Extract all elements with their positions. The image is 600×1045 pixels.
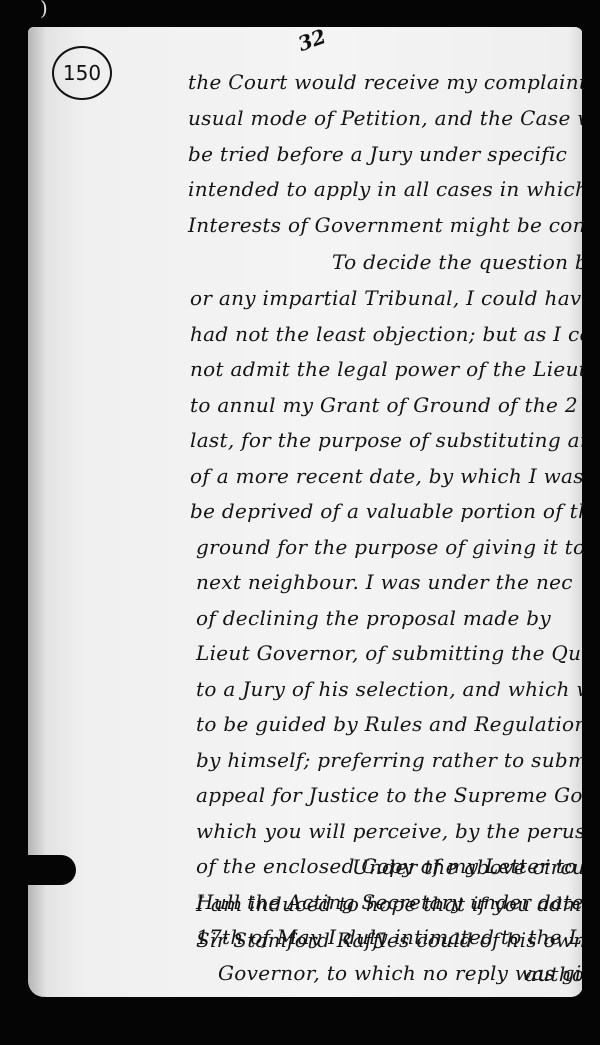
text-line: of declining the proposal made by	[196, 606, 551, 630]
text-line: had not the least objection; but as I co…	[190, 322, 600, 346]
text-line: Under the above circum	[352, 855, 600, 879]
text-line: be tried before a Jury under specific	[188, 142, 567, 166]
text-line: usual mode of Petition, and the Case w	[188, 106, 595, 130]
handwritten-text: the Court would receive my complaints by…	[0, 0, 600, 1045]
text-line: I am induced to hope that if you admit	[196, 892, 597, 916]
text-line: to a Jury of his selection, and which w	[196, 677, 594, 701]
text-line: To decide the question by a	[332, 250, 600, 274]
text-line: intended to apply in all cases in which	[188, 177, 588, 201]
text-line: of a more recent date, by which I was	[190, 464, 584, 488]
text-line: ground for the purpose of giving it to	[196, 535, 585, 559]
scan-border	[582, 0, 600, 1045]
text-line: the Court would receive my complaints by	[188, 70, 600, 94]
text-line: last, for the purpose of substituting an…	[190, 428, 600, 452]
text-line: or any impartial Tribunal, I could have	[190, 286, 594, 310]
text-line: Lieut Governor, of submitting the Quest	[196, 641, 600, 665]
text-line: be deprived of a valuable portion of the…	[190, 499, 600, 523]
text-line: to be guided by Rules and Regulations dr…	[196, 712, 600, 736]
text-line: Sir Stamford Raffles could of his own	[196, 928, 586, 952]
text-line: appeal for Justice to the Supreme Govern	[196, 783, 600, 807]
text-line: by himself; preferring rather to submit	[196, 748, 600, 772]
text-line: to annul my Grant of Ground of the 2 of	[190, 393, 600, 417]
text-line: not admit the legal power of the Lieut G…	[190, 357, 600, 381]
text-line: which you will perceive, by the perusal	[196, 819, 600, 843]
text-line: Interests of Government might be concern…	[188, 213, 600, 237]
text-line: next neighbour. I was under the nec	[196, 570, 573, 594]
binding-tab	[0, 855, 76, 885]
